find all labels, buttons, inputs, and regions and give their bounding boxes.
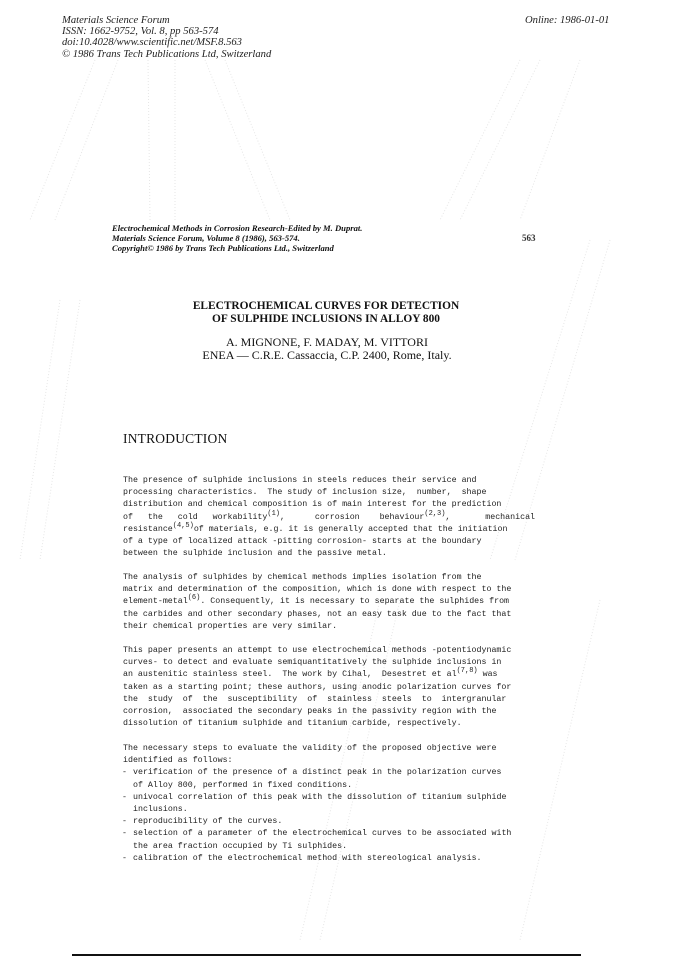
copyright-line: © 1986 Trans Tech Publications Ltd, Swit… xyxy=(62,49,271,60)
text-line: the carbides and other secondary phases,… xyxy=(123,609,530,621)
text-line: dissolution of titanium sulphide and tit… xyxy=(123,718,530,730)
list-item: calibration of the electrochemical metho… xyxy=(123,853,530,865)
text-line: resistance(4,5)of materials, e.g. it is … xyxy=(123,524,530,536)
paragraph: The presence of sulphide inclusions in s… xyxy=(123,475,530,560)
text-line: their chemical properties are very simil… xyxy=(123,621,530,633)
list-item: verification of the presence of a distin… xyxy=(123,767,530,791)
list-item: reproducibility of the curves. xyxy=(123,816,530,828)
author-block: A. MIGNONE, F. MADAY, M. VITTORI ENEA — … xyxy=(0,336,654,362)
list-item: univocal correlation of this peak with t… xyxy=(123,792,530,816)
author-affiliation: ENEA — C.R.E. Cassaccia, C.P. 2400, Rome… xyxy=(0,349,654,362)
book-header-line: Materials Science Forum, Volume 8 (1986)… xyxy=(112,233,362,243)
paragraph: This paper presents an attempt to use el… xyxy=(123,645,530,730)
citation-ref[interactable]: (6) xyxy=(188,594,201,602)
book-header: Electrochemical Methods in Corrosion Res… xyxy=(112,223,362,254)
journal-name: Materials Science Forum xyxy=(62,15,271,26)
text-line: The necessary steps to evaluate the vali… xyxy=(123,743,530,755)
text-line: matrix and determination of the composit… xyxy=(123,584,530,596)
book-header-line: Copyright© 1986 by Trans Tech Publicatio… xyxy=(112,243,362,253)
text-line: of a type of localized attack -pitting c… xyxy=(123,536,530,548)
text-line: between the sulphide inclusion and the p… xyxy=(123,548,530,560)
text-line: the study of the susceptibility of stain… xyxy=(123,694,530,706)
book-header-line: Electrochemical Methods in Corrosion Res… xyxy=(112,223,362,233)
online-date: Online: 1986-01-01 xyxy=(525,15,609,26)
citation-ref[interactable]: (1) xyxy=(267,510,280,518)
paragraph: The analysis of sulphides by chemical me… xyxy=(123,572,530,633)
footer-rule xyxy=(72,954,581,956)
paragraph: The necessary steps to evaluate the vali… xyxy=(123,743,530,865)
text-line: an austenitic stainless steel. The work … xyxy=(123,669,530,681)
title-line: ELECTROCHEMICAL CURVES FOR DETECTION xyxy=(0,300,652,313)
text-line: The analysis of sulphides by chemical me… xyxy=(123,572,530,584)
steps-list: verification of the presence of a distin… xyxy=(123,767,530,865)
text-line: corrosion, associated the secondary peak… xyxy=(123,706,530,718)
page-number: 563 xyxy=(522,233,536,243)
title-line: OF SULPHIDE INCLUSIONS IN ALLOY 800 xyxy=(0,313,652,326)
text-line: distribution and chemical composition is… xyxy=(123,499,530,511)
text-line: processing characteristics. The study of… xyxy=(123,487,530,499)
section-heading: INTRODUCTION xyxy=(123,431,227,447)
text-line: element-metal(6). Consequently, it is ne… xyxy=(123,596,530,608)
doi-line[interactable]: doi:10.4028/www.scientific.net/MSF.8.563 xyxy=(62,37,271,48)
citation-ref[interactable]: (2,3) xyxy=(424,510,445,518)
text-line: This paper presents an attempt to use el… xyxy=(123,645,530,657)
text-line: taken as a starting point; these authors… xyxy=(123,682,530,694)
citation-ref[interactable]: (7,8) xyxy=(457,667,478,675)
citation-ref[interactable]: (4,5) xyxy=(173,522,194,530)
list-item: selection of a parameter of the electroc… xyxy=(123,828,530,852)
paper-title: ELECTROCHEMICAL CURVES FOR DETECTION OF … xyxy=(0,300,652,325)
issn-line: ISSN: 1662-9752, Vol. 8, pp 563-574 xyxy=(62,26,271,37)
text-line: The presence of sulphide inclusions in s… xyxy=(123,475,530,487)
journal-metadata: Materials Science Forum ISSN: 1662-9752,… xyxy=(62,15,271,60)
text-line: identified as follows: xyxy=(123,755,530,767)
